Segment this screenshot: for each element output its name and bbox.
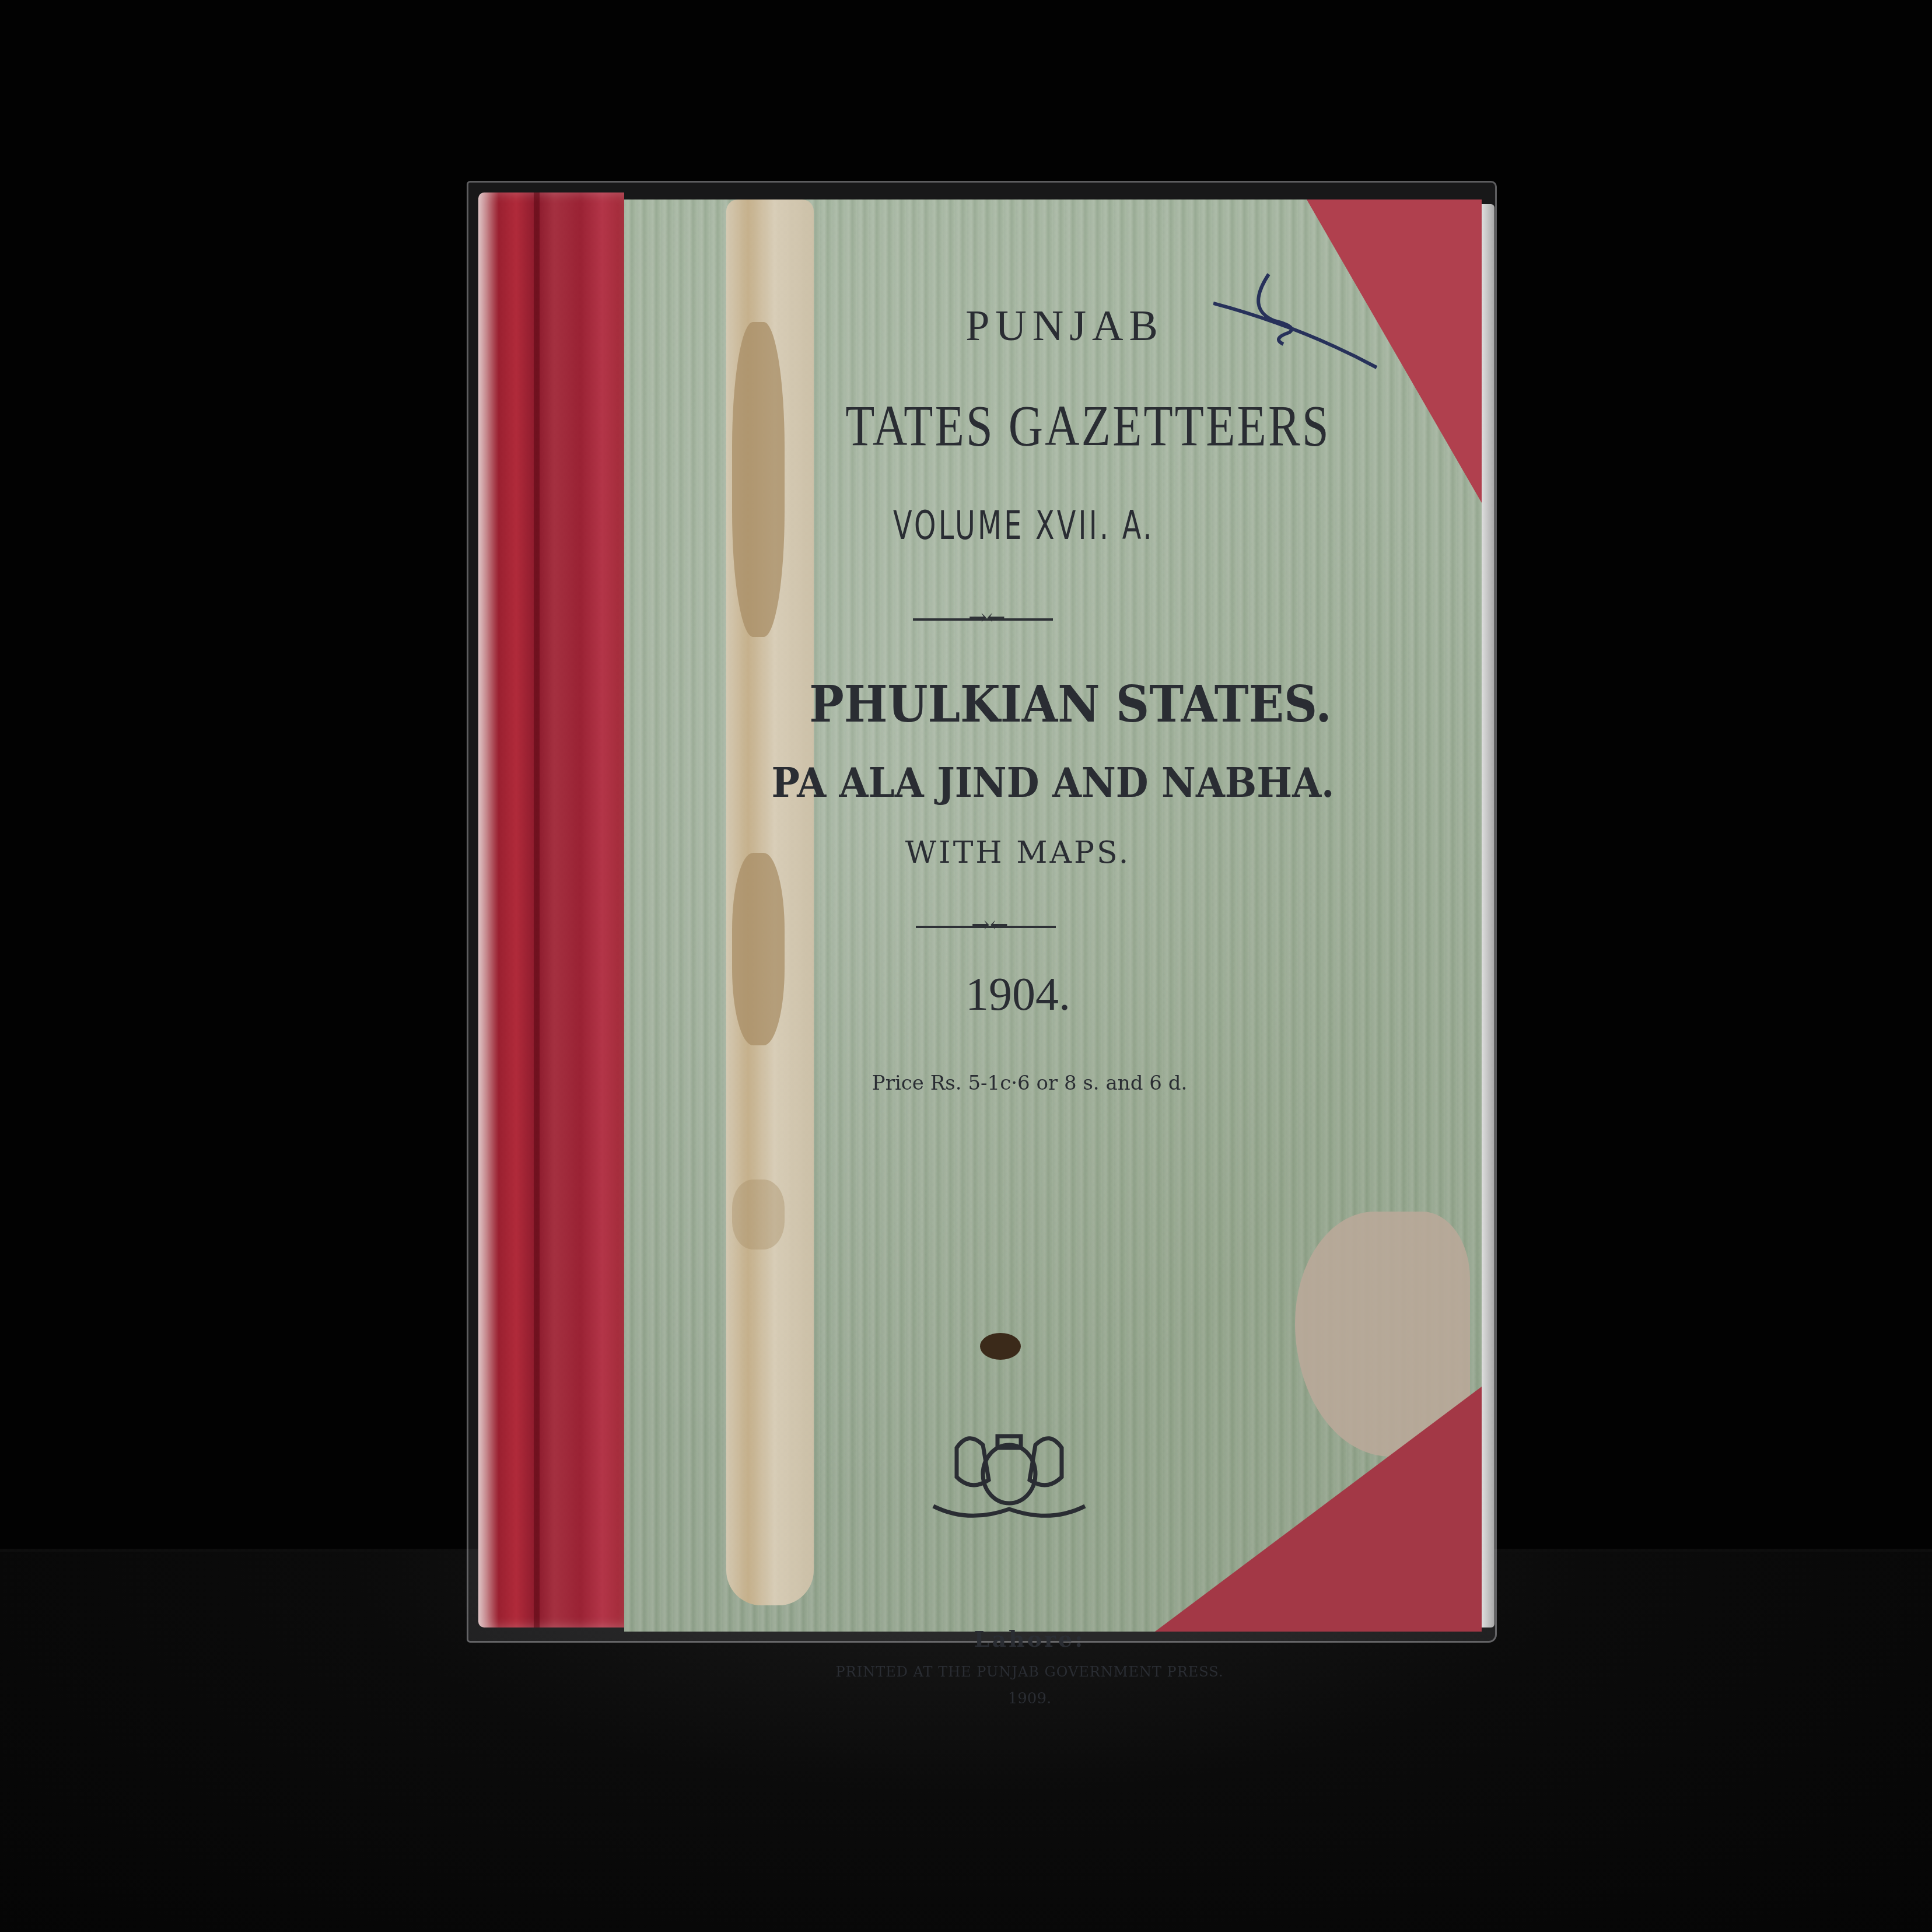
book-spine xyxy=(478,192,624,1627)
imprint-city: Lahore: xyxy=(601,1626,1458,1652)
print-year: 1909. xyxy=(601,1690,1458,1707)
divider-arrows-icon: →← xyxy=(968,606,1006,628)
main-title: PHULKIAN STATES. xyxy=(676,675,1465,734)
series-subtitle: TATES GAZETTEERS xyxy=(736,392,1439,459)
book: PUNJAB TATES GAZETTEERS VOLUME XVII. A. … xyxy=(467,181,1505,1645)
states-title: PA ALA JIND AND NABHA. xyxy=(659,758,1447,807)
coat-of-arms-icon xyxy=(922,1424,1097,1521)
divider-arrows-icon: →← xyxy=(971,914,1009,936)
price-label: Price Rs. 5-1c·6 or 8 s. and 6 d. xyxy=(601,1072,1458,1095)
handwritten-pen-mark-icon xyxy=(1213,268,1388,373)
volume-label: VOLUME XVII. A. xyxy=(724,503,1324,549)
supplement-label: WITH MAPS. xyxy=(589,835,1447,870)
stain-spot xyxy=(980,1333,1021,1360)
spine-groove xyxy=(534,192,540,1627)
printer-line: PRINTED AT THE PUNJAB GOVERNMENT PRESS. xyxy=(601,1664,1458,1680)
page-edges xyxy=(1482,204,1494,1627)
publication-year: 1904. xyxy=(589,968,1447,1021)
cover-text: PUNJAB TATES GAZETTEERS VOLUME XVII. A. … xyxy=(624,199,1482,1632)
